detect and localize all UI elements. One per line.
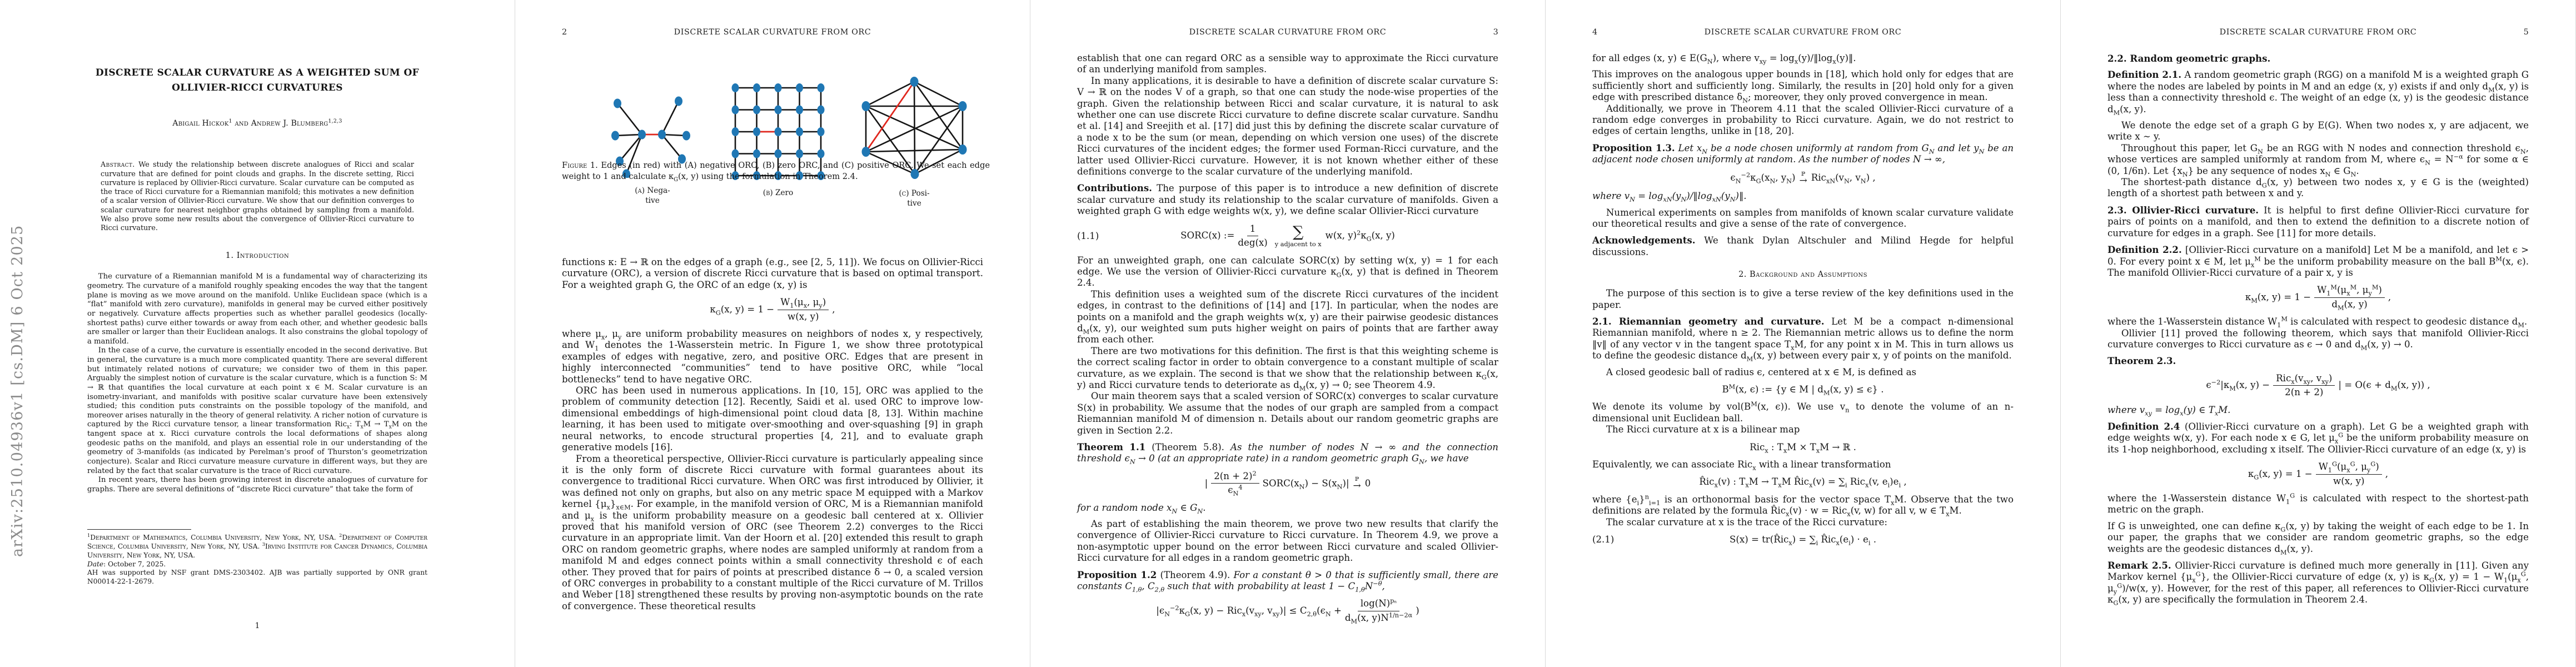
footnote-rule	[87, 529, 191, 530]
paragraph: From a theoretical perspective, Ollivier…	[562, 454, 983, 613]
paragraph: In many applications, it is desirable to…	[1077, 76, 1498, 178]
paragraph: For an unweighted graph, one can calcula…	[1077, 255, 1498, 289]
paragraph: where {ei}ni=1 is an orthonormal basis f…	[1592, 494, 2014, 517]
paper-title: DISCRETE SCALAR CURVATURE AS A WEIGHTED …	[95, 66, 420, 96]
equation-theorem-2-3: ϵ−2|κM(x, y) − Ricx(vxy, vxy)2(n + 2) | …	[2107, 373, 2529, 399]
paragraph: where vN = logxN(yN)/‖logxN(yN)‖.	[1592, 191, 2014, 202]
paragraph: Additionally, we prove in Theorem 4.11 t…	[1592, 103, 2014, 137]
graph-node	[753, 106, 760, 115]
definition-2-4: Definition 2.4 (Ollivier-Ricci curvature…	[2107, 421, 2529, 455]
equation-1-1: (1.1) SORC(x) := 1deg(x) ∑y adjacent to …	[1077, 223, 1498, 249]
graph-node	[611, 131, 619, 141]
proposition-1-3: Proposition 1.3. Let xN be a node chosen…	[1592, 142, 2014, 166]
graph-node	[910, 77, 919, 87]
equation-ricci-hat: R̂icx(v) : TxM → TxM R̂icx(v) = ∑i Ricx(…	[1592, 476, 2014, 487]
paragraph: where the 1-Wasserstein distance W1G is …	[2107, 493, 2529, 516]
subsection-2-2: 2.2. Random geometric graphs.	[2107, 53, 2529, 64]
page-number: 4	[1592, 28, 1617, 37]
paragraph: This improves on the analogous upper bou…	[1592, 69, 2014, 103]
paragraph: We denote its volume by vol(BM(x, ϵ)). W…	[1592, 401, 2014, 424]
graph-edge	[914, 82, 963, 106]
graph-node	[796, 106, 803, 115]
graph-node	[818, 83, 825, 92]
graph-node	[862, 147, 870, 157]
footnote-institutions: 1Department of Mathematics, Columbia Uni…	[87, 534, 427, 560]
graph-node	[796, 127, 803, 136]
figure-caption-label: Figure 1.	[562, 161, 598, 170]
paragraph: In recent years, there has been growing …	[87, 476, 427, 494]
definition-2-1: Definition 2.1. A random geometric graph…	[2107, 69, 2529, 115]
equation-tag: (1.1)	[1077, 230, 1099, 241]
theorem-2-3: Theorem 2.3.	[2107, 355, 2529, 366]
graph-node	[753, 127, 760, 136]
abstract-label: Abstract.	[101, 160, 135, 168]
equation-proposition-1-2: |ϵN−2κG(x, y) − Ricx(vxy, vxy)| ≤ C2,θ(ϵ…	[1077, 598, 1498, 624]
subcaption-c: (c) Posi-tive	[858, 189, 970, 209]
equation-theorem-1-1: | 2(n + 2)2ϵN4 SORC(xN) − S(xN) | ℙ→ 0	[1077, 471, 1498, 496]
graph-node	[732, 106, 739, 115]
paragraph: As part of establishing the main theorem…	[1077, 519, 1498, 564]
arxiv-watermark: arXiv:2510.04936v1 [cs.DM] 6 Oct 2025	[9, 173, 26, 557]
page-5: DISCRETE SCALAR CURVATURE FROM ORC 5 2.2…	[2061, 0, 2576, 667]
paragraph: functions κ: E → ℝ on the edges of a gra…	[562, 257, 983, 291]
paragraph: The curvature of a Riemannian manifold M…	[87, 272, 427, 346]
paragraph: where the 1-Wasserstein distance W1M is …	[2107, 316, 2529, 327]
graph-node	[959, 145, 967, 155]
equation-2-1: (2.1) S(x) = tr(R̂icx) = ∑i R̂icx(ei) · …	[1592, 534, 2014, 545]
authors: Abigail Hickok1 and Andrew J. Blumberg1,…	[87, 119, 427, 128]
graph-node	[818, 150, 825, 158]
page-number: 2	[562, 28, 586, 37]
sum-operator: ∑y adjacent to x	[1275, 225, 1322, 247]
graph-edge	[866, 82, 914, 106]
running-title: DISCRETE SCALAR CURVATURE FROM ORC	[2132, 28, 2504, 37]
abstract: Abstract. We study the relationship betw…	[101, 160, 414, 232]
graph-node	[682, 131, 690, 141]
paragraph: The Ricci curvature at x is a bilinear m…	[1592, 424, 2014, 435]
graph-node	[862, 101, 870, 111]
theorem-1-1: Theorem 1.1 (Theorem 5.8). As the number…	[1077, 441, 1498, 465]
equation-manifold-orc: κM(x, y) = 1 − W1M(μxM, μyM)dM(x, y) ,	[2107, 285, 2529, 310]
paragraph: for all edges (x, y) ∈ E(GN), where vxy …	[1592, 53, 2014, 64]
remark-2-5: Remark 2.5. Ollivier-Ricci curvature is …	[2107, 560, 2529, 606]
subsection-2-1: 2.1. Riemannian geometry and curvature. …	[1592, 316, 2014, 362]
figure-caption: Figure 1. Edges (in red) with (A) negati…	[562, 160, 990, 182]
acknowledgements: Acknowledgements. We thank Dylan Altschu…	[1592, 235, 2014, 258]
proposition-1-2: Proposition 1.2 (Theorem 4.9). For a con…	[1077, 569, 1498, 593]
contributions: Contributions. The purpose of this paper…	[1077, 182, 1498, 217]
graph-node	[614, 99, 621, 108]
running-header: DISCRETE SCALAR CURVATURE FROM ORC 5	[2107, 28, 2529, 37]
graph-edge	[620, 135, 642, 161]
graph-edge	[615, 135, 642, 136]
paragraph: If G is unweighted, one can define κG(x,…	[2107, 521, 2529, 555]
page-number: 1	[0, 621, 515, 630]
graph-node	[796, 83, 803, 92]
running-title: DISCRETE SCALAR CURVATURE FROM ORC	[1617, 28, 1989, 37]
subcaption-b: (b) Zero	[730, 188, 826, 198]
prob-convergence-arrow: ℙ→	[1353, 477, 1361, 490]
paragraph: The purpose of this section is to give a…	[1592, 288, 2014, 311]
paragraph: Our main theorem says that a scaled vers…	[1077, 391, 1498, 436]
paragraph: The shortest-path distance dG(x, y) betw…	[2107, 177, 2529, 200]
page-number: 5	[2504, 28, 2529, 37]
equation-ricci-bilinear: Ricx : TxM × TxM → ℝ .	[1592, 442, 2014, 453]
running-header: 4 DISCRETE SCALAR CURVATURE FROM ORC	[1592, 28, 2014, 37]
footnote-date: Date: October 7, 2025.	[87, 560, 427, 569]
graph-node	[675, 97, 682, 106]
paragraph: In the case of a curve, the curvature is…	[87, 346, 427, 476]
running-title: DISCRETE SCALAR CURVATURE FROM ORC	[1102, 28, 1474, 37]
paragraph: The scalar curvature at x is the trace o…	[1592, 517, 2014, 528]
paragraph: for a random node xN ∈ GN.	[1077, 502, 1498, 514]
equation-tag: (2.1)	[1592, 534, 1614, 545]
page-4: 4 DISCRETE SCALAR CURVATURE FROM ORC for…	[1546, 0, 2061, 667]
section-heading-introduction: 1. Introduction	[87, 251, 427, 260]
graph-node	[796, 150, 803, 158]
graph-node	[732, 127, 739, 136]
paragraph: Numerical experiments on samples from ma…	[1592, 207, 2014, 230]
section-heading-background: 2. Background and Assumptions	[1592, 270, 2014, 280]
graph-node	[775, 83, 782, 92]
equation-proposition-1-3: ϵN−2κG(xN, yN) ℙ→ RicxN(vN, vN) ,	[1592, 172, 2014, 185]
page-1: arXiv:2510.04936v1 [cs.DM] 6 Oct 2025 DI…	[0, 0, 515, 667]
footnotes: 1Department of Mathematics, Columbia Uni…	[87, 529, 427, 586]
graph-node	[818, 106, 825, 115]
page-2: 2 DISCRETE SCALAR CURVATURE FROM ORC (a)…	[515, 0, 1030, 667]
graph-edge	[662, 135, 682, 159]
fraction: W1(μx, μy)w(x, y)	[778, 297, 829, 322]
graph-node	[775, 127, 782, 136]
running-title: DISCRETE SCALAR CURVATURE FROM ORC	[586, 28, 959, 37]
prob-convergence-arrow: ℙ→	[1800, 172, 1807, 185]
page-number: 3	[1474, 28, 1498, 37]
footnote-grants: AH was supported by NSF grant DMS-230340…	[87, 569, 427, 586]
paragraph: Ollivier [11] proved the following theor…	[2107, 328, 2529, 351]
graph-node	[959, 101, 967, 111]
abstract-text: We study the relationship between discre…	[101, 160, 414, 232]
paragraph: There are two motivations for this defin…	[1077, 346, 1498, 391]
paragraph: This definition uses a weighted sum of t…	[1077, 289, 1498, 346]
graph-node	[775, 150, 782, 158]
graph-node	[638, 130, 646, 140]
paragraph: Throughout this paper, let GN be an RGG …	[2107, 143, 2529, 177]
graph-node	[818, 127, 825, 136]
running-header: DISCRETE SCALAR CURVATURE FROM ORC 3	[1077, 28, 1498, 37]
equation-geodesic-ball: BM(x, ϵ) := {y ∈ M | dM(x, y) ≤ ϵ} .	[1592, 384, 2014, 395]
subfigure-negative: (a) Nega-tive	[611, 93, 694, 206]
paragraph: establish that one can regard ORC as a s…	[1077, 53, 1498, 76]
paragraph: A closed geodesic ball of radius ϵ, cent…	[1592, 367, 2014, 378]
subsection-2-3: 2.3. Ollivier-Ricci curvature. It is hel…	[2107, 205, 2529, 239]
graph-edge	[617, 103, 642, 135]
graph-node	[753, 83, 760, 92]
definition-2-2: Definition 2.2. [Ollivier-Ricci curvatur…	[2107, 244, 2529, 278]
subcaption-a: (a) Nega-tive	[611, 186, 694, 206]
subfigure-positive: (c) Posi-tive	[858, 74, 970, 209]
graph-node	[753, 150, 760, 158]
graph-node	[732, 150, 739, 158]
figure-1: (a) Nega-tive (b) Zero (c) Posi-tive	[562, 53, 983, 254]
paragraph: Equivalently, we can associate Ricx with…	[1592, 459, 2014, 470]
graph-edge	[662, 101, 679, 135]
paragraph: We denote the edge set of a graph G by E…	[2107, 120, 2529, 143]
graph-node	[732, 83, 739, 92]
equation-graph-orc: κG(x, y) = 1 − W1G(μxG, μyG)w(x, y) ,	[2107, 461, 2529, 487]
graph-node	[658, 130, 666, 140]
graph-node	[775, 106, 782, 115]
page-3: DISCRETE SCALAR CURVATURE FROM ORC 3 est…	[1030, 0, 1546, 667]
paragraph: where μx, μy are uniform probability mea…	[562, 328, 983, 385]
paragraph: ORC has been used in numerous applicatio…	[562, 385, 983, 453]
paragraph: where vxy = logx(y) ∈ TxM.	[2107, 405, 2529, 416]
running-header: 2 DISCRETE SCALAR CURVATURE FROM ORC	[562, 28, 983, 37]
equation-orc: κG(x, y) = 1 − W1(μx, μy)w(x, y) ,	[562, 297, 983, 322]
